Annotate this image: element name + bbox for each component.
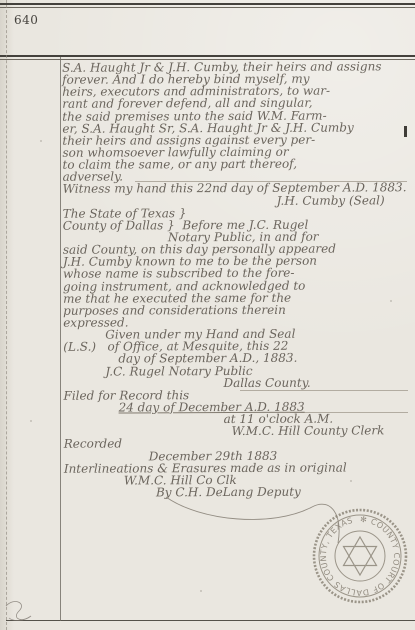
header-rule bbox=[0, 55, 415, 57]
handwriting-block: S.A. Haught Jr & J.H. Cumby, their heirs… bbox=[62, 60, 410, 499]
paper-speckle bbox=[40, 140, 42, 142]
texas-star-icon bbox=[344, 537, 377, 566]
county-court-seal: ✻ COUNTY COURT OF DALLAS COUNTY, TEXAS bbox=[309, 505, 411, 607]
corner-scribble bbox=[6, 602, 31, 621]
top-rule-thin bbox=[0, 7, 415, 8]
seal-inner-ring bbox=[335, 531, 385, 581]
deed-record-page: 640 S.A. Haught Jr & J.H. Cumby, their h… bbox=[0, 0, 415, 630]
paper-speckle bbox=[200, 590, 202, 592]
paper-speckle bbox=[30, 420, 32, 422]
handwriting-line: J.H. Cumby (Seal) bbox=[63, 194, 409, 208]
handwriting-line: Dallas County. bbox=[223, 376, 409, 389]
page-number: 640 bbox=[14, 13, 38, 27]
handwriting-line: W.M.C. Hill County Clerk bbox=[232, 424, 410, 437]
handwriting-line: By C.H. DeLang Deputy bbox=[156, 485, 410, 498]
texas-star-icon bbox=[344, 547, 377, 576]
top-rule bbox=[0, 3, 415, 5]
bottom-rule bbox=[6, 620, 415, 621]
left-edge-line bbox=[6, 0, 7, 630]
margin-column-line bbox=[60, 57, 61, 621]
